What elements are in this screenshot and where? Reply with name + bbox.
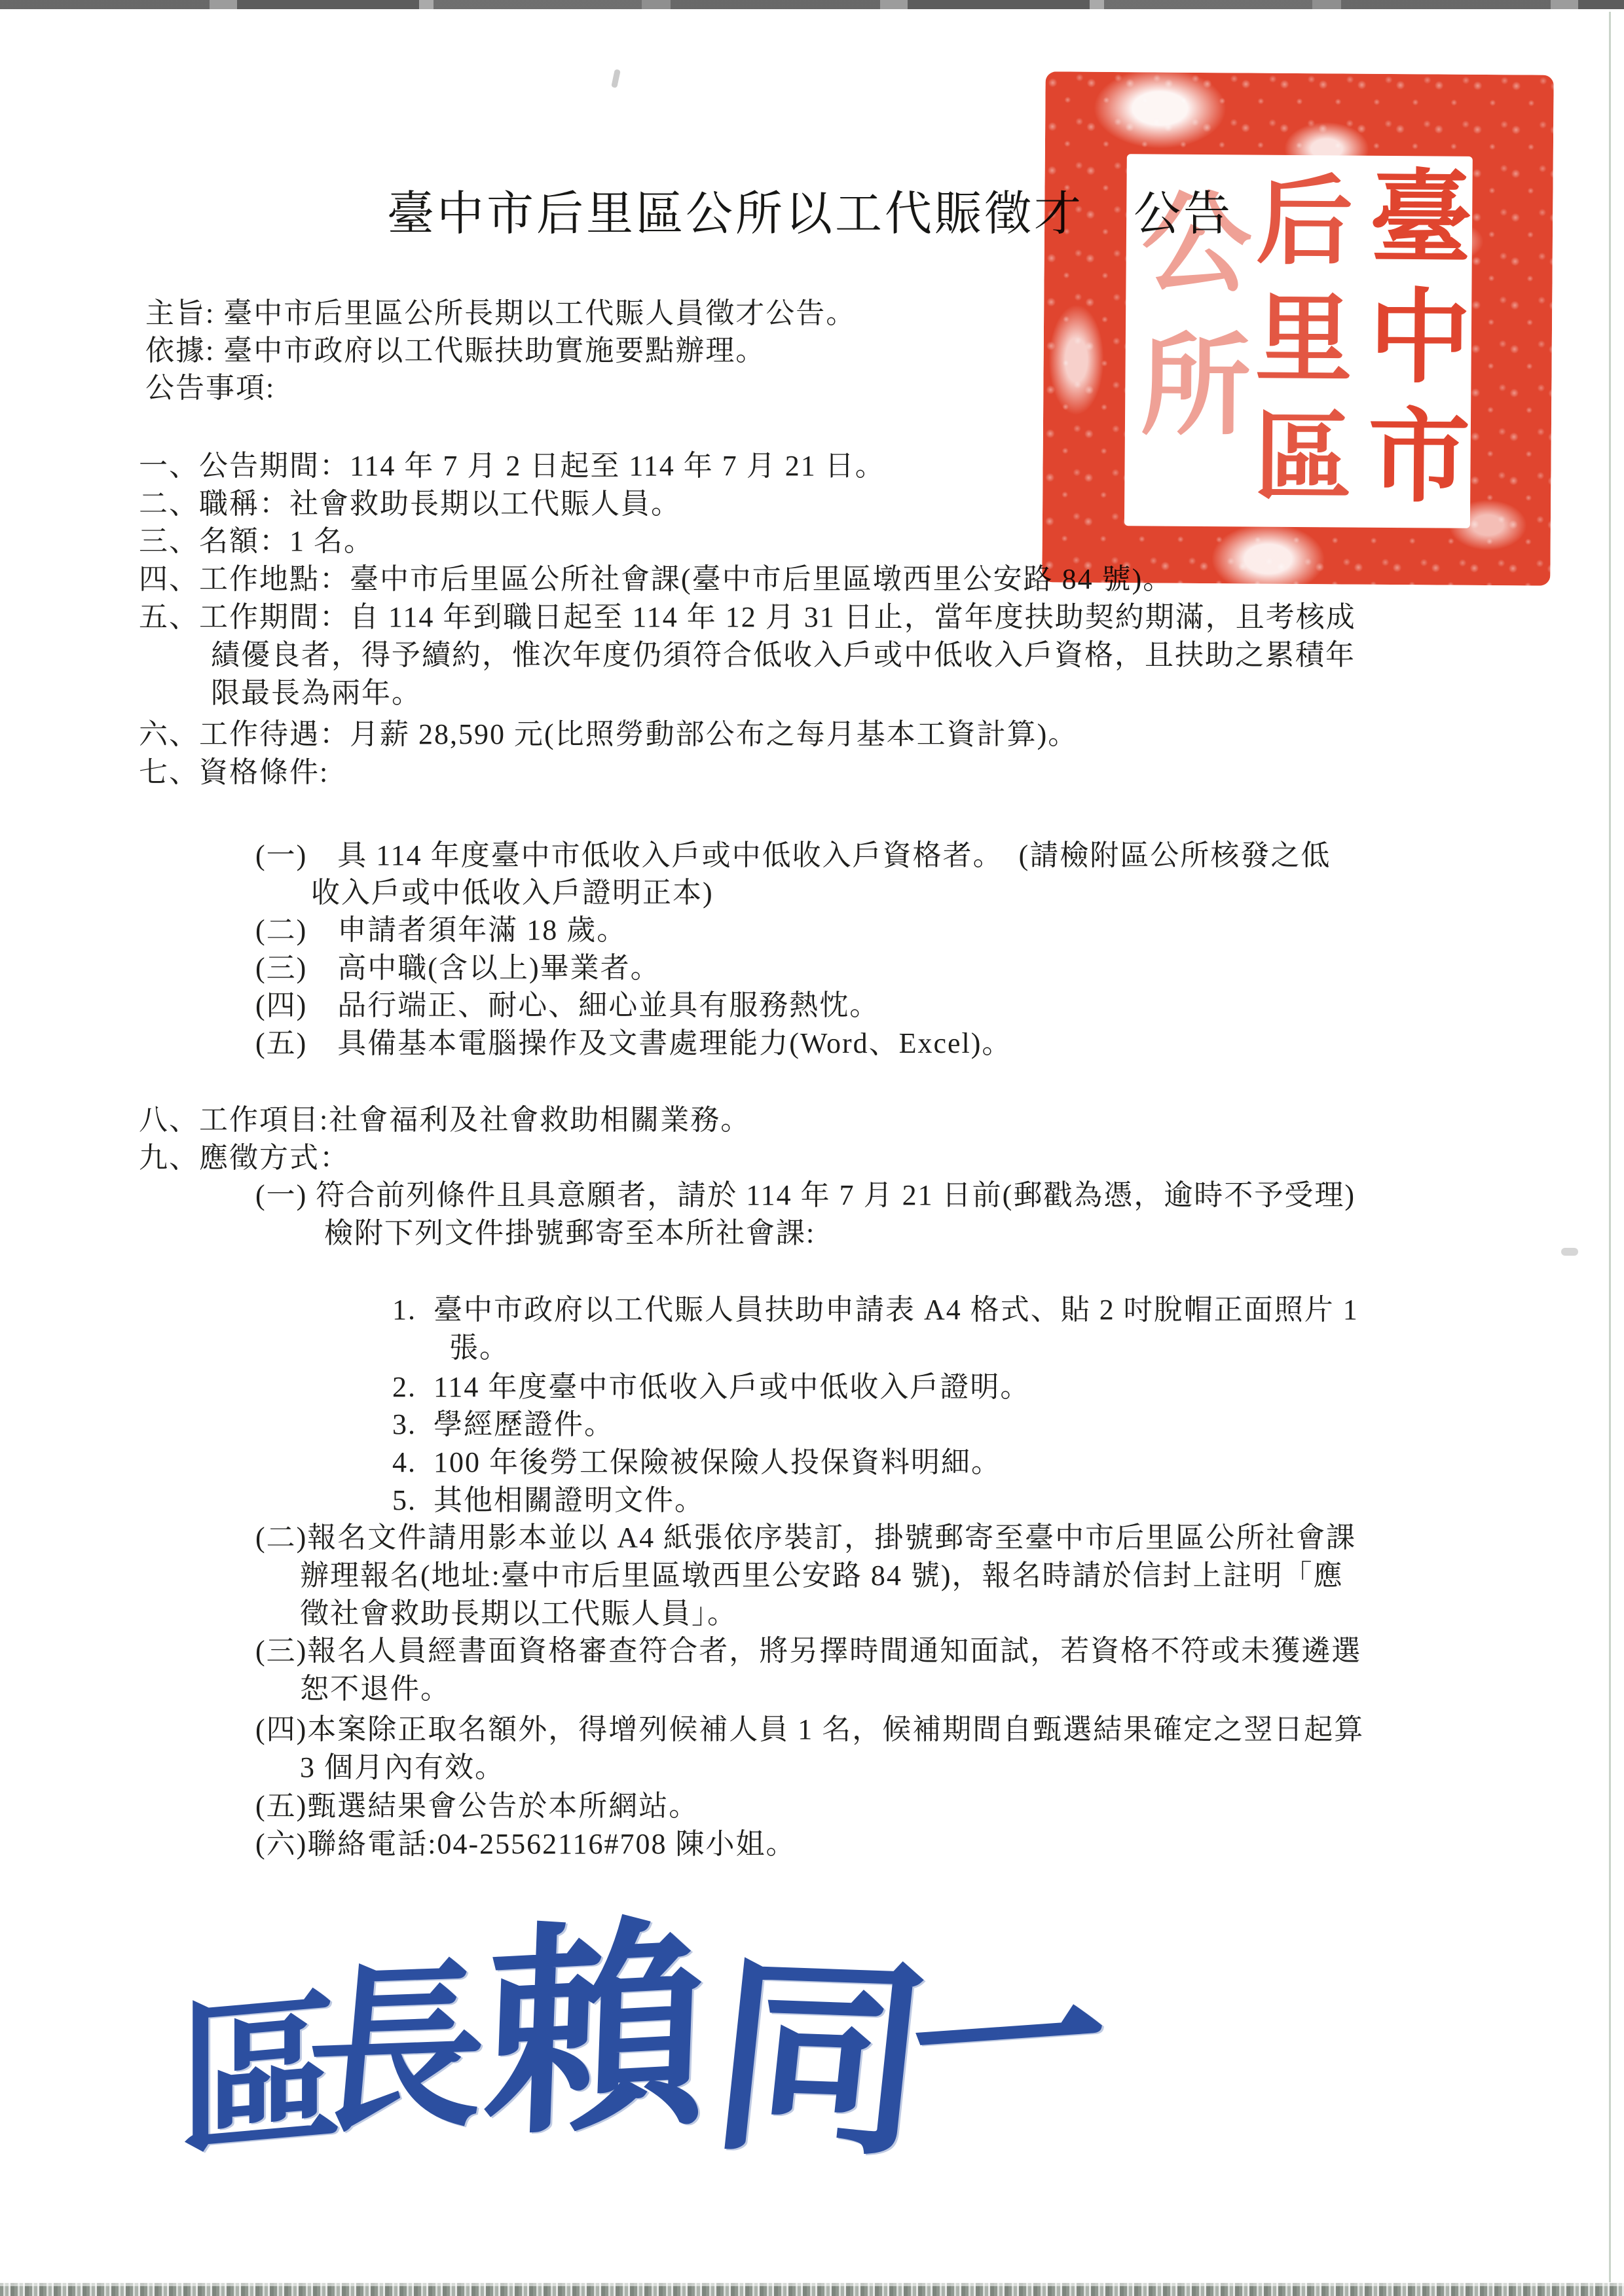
text-line: (四) 品行端正、耐心、細心並具有服務熱忱。 [255, 988, 879, 1023]
text-line: 六、工作待遇：月薪 28,590 元(比照勞動部公布之每月基本工資計算)。 [139, 717, 1078, 752]
scanned-announcement-page: 臺中市后里區公所以工代賑徵才 公告 主旨: 臺中市后里區公所長期以工代賑人員徵才… [0, 0, 1624, 2296]
text-line: 辦理報名(地址:臺中市后里區墩西里公安路 84 號)，報名時請於信封上註明「應 [300, 1558, 1344, 1594]
text-line: 恕不退件。 [300, 1671, 451, 1707]
text-line: 限最長為兩年。 [211, 676, 422, 711]
text-line: 主旨: 臺中市后里區公所長期以工代賑人員徵才公告。 [145, 296, 856, 331]
seal-inner-panel: 臺中市后里區公所 [1124, 154, 1473, 528]
text-line: 依據: 臺中市政府以工代賑扶助實施要點辦理。 [145, 333, 766, 369]
text-line: 七、資格條件: [139, 755, 329, 790]
text-line: 四、工作地點：臺中市后里區公所社會課(臺中市后里區墩西里公安路 84 號)。 [139, 562, 1173, 597]
signature-char: 長 [299, 1959, 494, 2146]
signature-char: 同 [703, 1953, 936, 2170]
text-line: (一) 符合前列條件且具意願者，請於 114 年 7 月 21 日前(郵戳為憑，… [255, 1178, 1356, 1213]
seal-script-column: 臺中市 [1357, 164, 1462, 522]
text-line: 八、工作項目:社會福利及社會救助相關業務。 [139, 1102, 750, 1138]
scan-edge-bottom [0, 2283, 1624, 2296]
text-line: 公告事項: [145, 371, 275, 406]
text-line: (三) 高中職(含以上)畢業者。 [255, 951, 661, 986]
signature-char: 一 [905, 1943, 1115, 2153]
text-line: 五、工作期間：自 114 年到職日起至 114 年 12 月 31 日止，當年度… [139, 600, 1356, 635]
text-line: 1. 臺中市政府以工代賑人員扶助申請表 A4 格式、貼 2 吋脫帽正面照片 1 [392, 1292, 1359, 1328]
text-line: 4. 100 年後勞工保險被保險人投保資料明細。 [392, 1445, 1001, 1480]
text-line: 3 個月內有效。 [300, 1750, 505, 1785]
seal-script-column: 后里區 [1245, 169, 1344, 523]
signature-char: 賴 [481, 1916, 710, 2151]
scan-speck [611, 69, 621, 88]
text-line: (一) 具 114 年度臺中市低收入戶或中低收入戶資格者。 (請檢附區公所核發之… [255, 838, 1331, 873]
text-line: 檢附下列文件掛號郵寄至本所社會課: [324, 1216, 815, 1251]
text-line: 三、名額：1 名。 [139, 524, 374, 559]
text-line: (二)報名文件請用影本並以 A4 紙張依序裝訂，掛號郵寄至臺中市后里區公所社會課 [255, 1520, 1356, 1556]
text-line: (四)本案除正取名額外，得增列候補人員 1 名，候補期間自甄選結果確定之翌日起算 [255, 1712, 1364, 1747]
text-line: (三)報名人員經書面資格審查符合者，將另擇時間通知面試，若資格不符或未獲遴選 [255, 1633, 1361, 1669]
official-seal-stamp: 臺中市后里區公所 [1042, 71, 1553, 585]
text-line: 二、職稱：社會救助長期以工代賑人員。 [139, 486, 681, 522]
text-line: 一、公告期間：114 年 7 月 2 日起至 114 年 7 月 21 日。 [139, 448, 885, 484]
text-line: 收入戶或中低收入戶證明正本) [311, 875, 714, 911]
text-line: 張。 [449, 1330, 509, 1366]
scan-edge-top [0, 0, 1624, 9]
text-line: (五)甄選結果會公告於本所網站。 [255, 1789, 699, 1824]
text-line: 2. 114 年度臺中市低收入戶或中低收入戶證明。 [392, 1370, 1030, 1405]
text-line: 九、應徵方式： [139, 1140, 350, 1176]
text-line: (六)聯絡電話:04-25562116#708 陳小姐。 [255, 1827, 796, 1862]
text-line: (二) 申請者須年滿 18 歲。 [255, 913, 627, 948]
text-line: 徵社會救助長期以工代賑人員」。 [300, 1596, 737, 1631]
text-line: 3. 學經歷證件。 [392, 1407, 614, 1442]
text-line: 5. 其他相關證明文件。 [392, 1483, 705, 1518]
text-line: 績優良者，得予續約，惟次年度仍須符合低收入戶或中低收入戶資格，且扶助之累積年 [211, 638, 1356, 673]
text-line: (五) 具備基本電腦操作及文書處理能力(Word、Excel)。 [255, 1026, 1012, 1061]
scan-edge-right-line [1609, 12, 1611, 2282]
scan-speck [1561, 1248, 1578, 1256]
seal-script-column: 公所 [1130, 184, 1242, 470]
